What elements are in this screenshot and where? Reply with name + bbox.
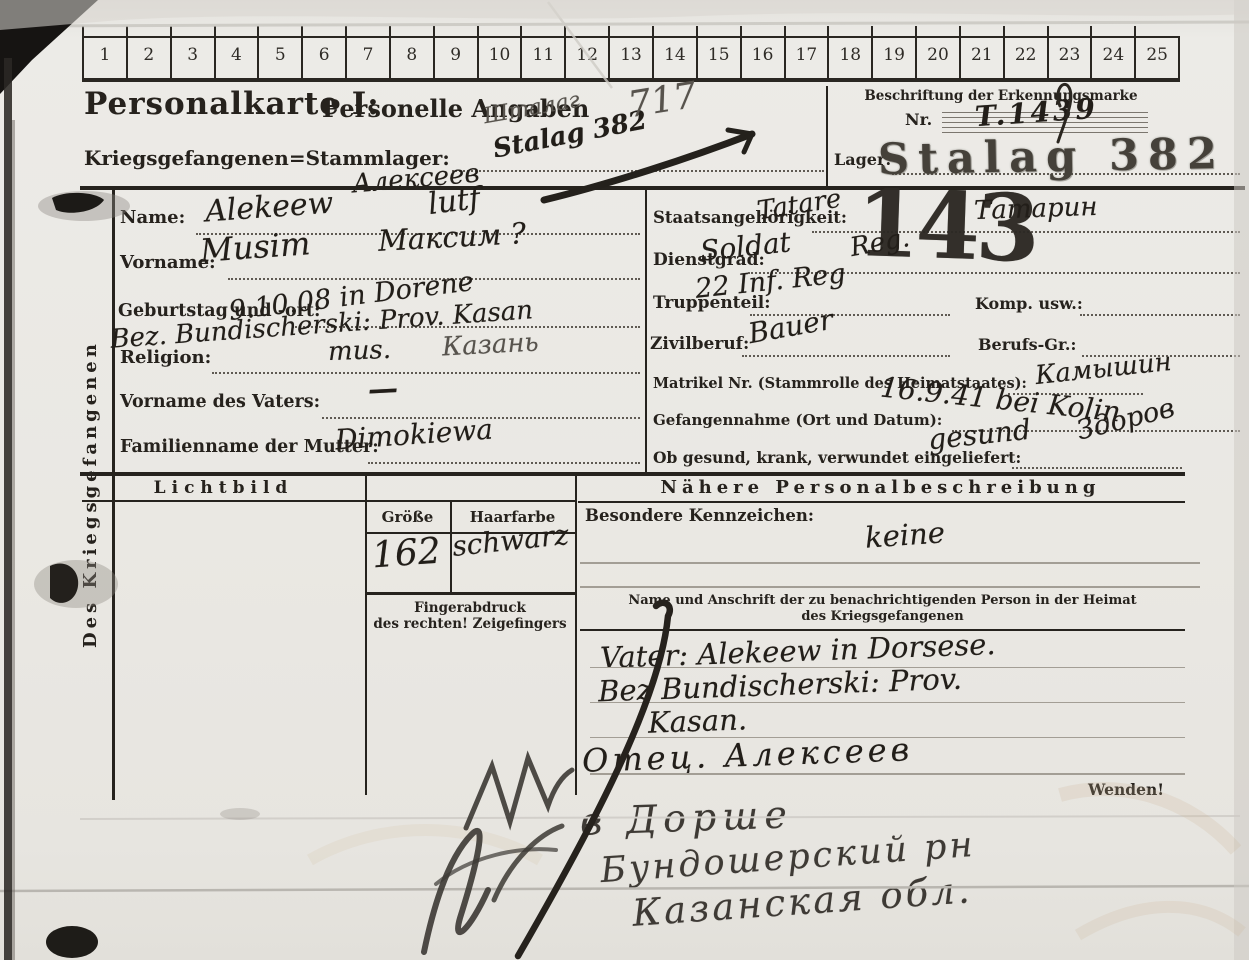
paper-crease-top bbox=[0, 22, 1249, 26]
ink-long-stroke bbox=[518, 603, 670, 956]
watermark-arc-1 bbox=[1060, 789, 1236, 850]
paper-blot-bottom-left bbox=[46, 926, 98, 958]
pencil-scribble-loops bbox=[424, 831, 488, 952]
unused-2 bbox=[320, 778, 520, 801]
paper-edge-left-dark bbox=[4, 58, 12, 960]
paper-smudge-3 bbox=[220, 808, 260, 820]
ink-check-mark bbox=[1058, 84, 1071, 142]
ink-arrow-stroke bbox=[544, 134, 752, 200]
paper-edge-right-shadow bbox=[1234, 0, 1249, 960]
watermark-arc-2 bbox=[1078, 907, 1242, 935]
paper-crease-bottom bbox=[0, 886, 1249, 891]
watermark-arc-3 bbox=[310, 830, 540, 860]
paper-edge-left-shade bbox=[12, 120, 15, 960]
ink-and-paper-marks bbox=[0, 0, 1249, 960]
pow-personalkarte-scan: 1234567891011121314151617181920212223242… bbox=[0, 0, 1249, 960]
